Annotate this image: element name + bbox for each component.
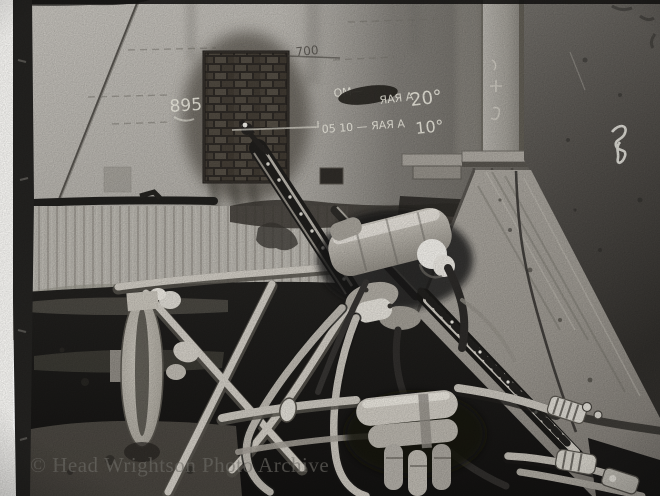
photo-stage: 895 700 OM— ЯAЯ A 20° 05 10 — ЯAЯ A 10° … [0, 0, 660, 496]
vignette [0, 0, 660, 496]
photo-svg: 895 700 OM— ЯAЯ A 20° 05 10 — ЯAЯ A 10° … [0, 0, 660, 496]
